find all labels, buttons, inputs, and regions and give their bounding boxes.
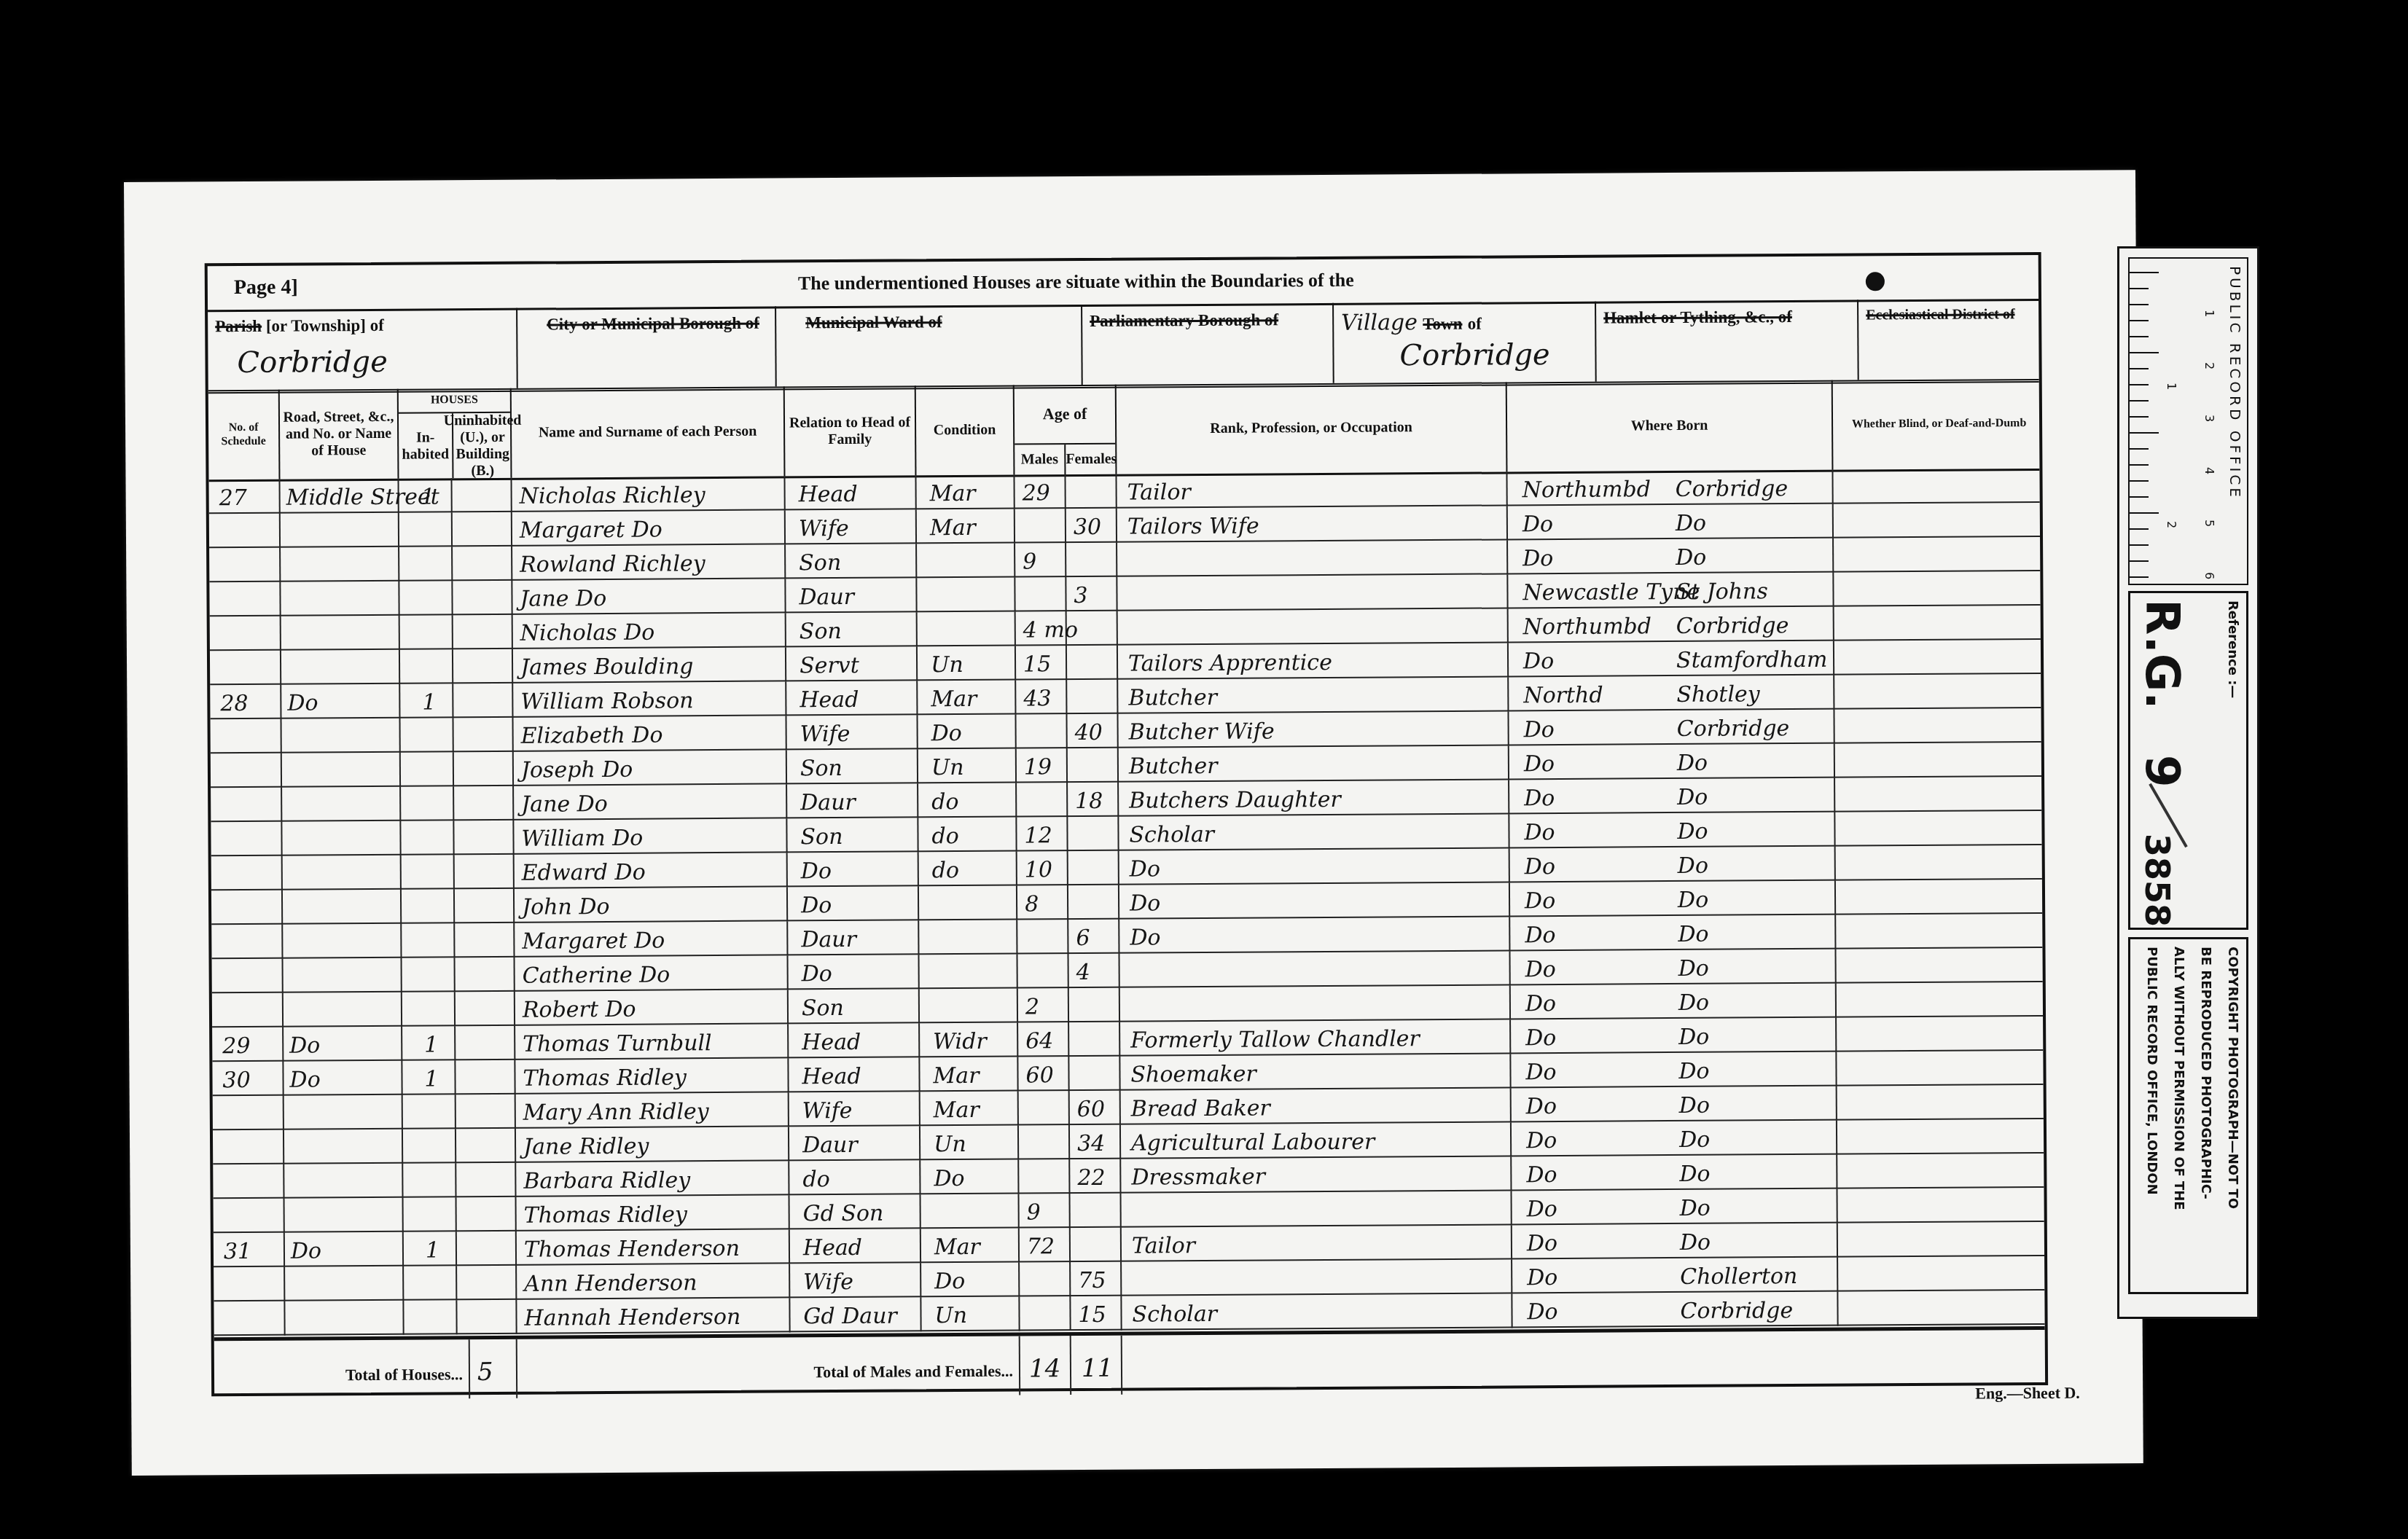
cell-condition: Un [921, 1297, 1020, 1332]
cell-occupation: Shoemaker [1120, 1054, 1511, 1090]
cell-road [282, 821, 401, 856]
name-value: Nicholas Do [520, 620, 655, 646]
ruler-cm-label: 5 [2202, 520, 2216, 527]
cell-condition [919, 955, 1017, 990]
cell-occupation: Tailor [1122, 1225, 1512, 1261]
cell-blind [1834, 708, 2047, 744]
cell-road: Do [285, 1232, 404, 1267]
reference-strip: PUBLIC RECORD OFFICE 12123456 Reference … [2117, 246, 2259, 1319]
cell-un [453, 718, 513, 753]
born-place: Do [1677, 785, 1708, 810]
cell-born: DoDo [1510, 949, 1836, 986]
cell-female: 75 [1071, 1262, 1122, 1296]
cell-born: NorthumbdCorbridge [1507, 470, 1833, 506]
ruler-tick [2130, 464, 2149, 466]
male-value: 64 [1025, 1028, 1053, 1054]
ruler-tick [2130, 368, 2149, 369]
piece-number: 3858 [2138, 834, 2177, 927]
cell-condition: do [918, 783, 1017, 818]
male-value: 9 [1023, 549, 1036, 574]
born-place: Do [1680, 1230, 1711, 1256]
area-parish: Parish [or Township] of Corbridge [208, 308, 518, 391]
cell-schedule [210, 651, 281, 686]
col-females: Females [1066, 445, 1117, 474]
col-where-born: Where Born [1507, 380, 1834, 472]
inhabited-value: 1 [426, 1237, 439, 1263]
cell-blind [1837, 1188, 2049, 1223]
cell-relation: Head [789, 1023, 920, 1058]
cell-inhabited: 1 [402, 1026, 456, 1060]
cell-blind [1838, 1256, 2050, 1292]
name-value: Jane Do [520, 586, 606, 612]
name-value: Margaret Do [520, 517, 662, 543]
ruler-tick [2130, 528, 2149, 530]
condition-value: Do [934, 1269, 965, 1294]
cell-condition: Do [921, 1263, 1020, 1298]
cell-name: Margaret Do [512, 510, 786, 546]
name-value: Rowland Richley [520, 551, 705, 578]
cell-road [284, 992, 402, 1027]
cell-blind [1837, 1085, 2049, 1121]
col-schedule: No. of Schedule [208, 390, 281, 480]
cell-occupation [1117, 574, 1508, 611]
born-place: Do [1679, 1162, 1710, 1187]
relation-value: Daur [800, 790, 856, 815]
cell-condition: Do [920, 1160, 1019, 1195]
cell-un [453, 512, 512, 547]
male-value: 43 [1023, 686, 1051, 711]
cell-road [284, 1129, 403, 1164]
cell-schedule [213, 1096, 284, 1131]
name-value: Catherine Do [523, 962, 671, 988]
cell-relation: Son [786, 612, 918, 647]
cell-schedule: 31 [214, 1233, 285, 1268]
cell-name: Thomas Ridley [515, 1058, 789, 1094]
cell-blind [1836, 948, 2048, 984]
cell-male: 72 [1020, 1228, 1071, 1262]
cell-blind [1837, 982, 2049, 1018]
ink-dot [1866, 272, 1885, 291]
cell-occupation: Butcher Wife [1118, 711, 1509, 748]
name-value: Joseph Do [521, 757, 633, 783]
born-place: Do [1680, 1196, 1711, 1221]
cell-female [1069, 988, 1120, 1022]
cell-female [1068, 885, 1119, 920]
cell-condition [918, 612, 1016, 647]
born-place: Do [1677, 819, 1708, 845]
born-county: Do [1524, 717, 1555, 743]
cell-inhabited [399, 547, 453, 581]
occupation-value: Do [1130, 925, 1160, 950]
cell-occupation: Do [1119, 882, 1510, 919]
cell-road: Do [284, 1027, 402, 1062]
cell-relation: Daur [786, 578, 917, 613]
name-value: Thomas Ridley [523, 1065, 687, 1091]
cell-male [1020, 1296, 1071, 1331]
cell-blind [1834, 640, 2047, 675]
cell-name: Jane Ridley [516, 1127, 789, 1162]
ruler-cm-label: 1 [2202, 310, 2216, 317]
occupation-value: Do [1130, 890, 1160, 916]
cell-name: Mary Ann Ridley [516, 1092, 789, 1128]
ruler-tick [2130, 272, 2159, 273]
cell-name: William Robson [513, 681, 786, 717]
cell-un [457, 1197, 517, 1232]
cell-male: 12 [1017, 817, 1068, 851]
schedule-value: 28 [220, 691, 248, 716]
road-value: Do [289, 1067, 320, 1092]
cell-un [457, 1266, 517, 1301]
cell-schedule [211, 753, 282, 788]
relation-value: Wife [803, 1269, 853, 1295]
born-place: Do [1678, 956, 1709, 982]
cell-road [284, 1095, 403, 1130]
cell-un [454, 786, 514, 821]
cell-inhabited [401, 752, 454, 786]
cell-occupation: Do [1119, 917, 1510, 953]
cell-blind [1836, 845, 2048, 881]
born-county: Do [1522, 546, 1553, 571]
cell-relation: Head [786, 681, 918, 716]
inhabited-value: 1 [422, 689, 436, 715]
relation-value: Do [801, 893, 832, 918]
cell-condition [920, 989, 1018, 1024]
cell-condition: Mar [918, 681, 1016, 716]
col-uninhabited: Uninhabited (U.), or Building (B.) [453, 413, 512, 478]
page-number: Page 4] [234, 276, 298, 300]
cell-inhabited: 1 [400, 684, 453, 718]
cell-female [1067, 646, 1118, 680]
area-municipal-borough: City or Municipal Borough of [517, 307, 777, 388]
cell-schedule [211, 719, 282, 754]
cell-un [453, 649, 513, 684]
male-value: 29 [1023, 480, 1050, 506]
cell-inhabited [404, 1300, 457, 1334]
cell-male: 60 [1018, 1057, 1069, 1091]
cell-un [455, 889, 515, 924]
cell-occupation [1120, 985, 1511, 1022]
cell-schedule [214, 1199, 285, 1234]
cell-female: 34 [1070, 1125, 1121, 1159]
cell-condition: Mar [916, 475, 1015, 510]
cell-male: 9 [1020, 1194, 1071, 1228]
cell-road [282, 787, 401, 822]
cell-blind [1838, 1291, 2050, 1326]
female-value: 6 [1076, 925, 1090, 951]
cell-relation: Do [789, 955, 920, 990]
cell-un [457, 1231, 517, 1266]
cell-condition [919, 920, 1017, 955]
area-hamlet: Hamlet or Tything, &c., of [1596, 299, 1859, 381]
cell-un [456, 958, 515, 992]
female-value: 40 [1075, 720, 1103, 745]
relation-value: Head [802, 1064, 861, 1089]
cell-female [1068, 748, 1119, 783]
born-place: Stamfordham [1676, 647, 1828, 673]
cell-blind [1835, 777, 2047, 812]
name-value: Nicholas Richley [520, 482, 705, 509]
cell-road [283, 924, 402, 959]
relation-value: do [802, 1167, 829, 1192]
cell-male [1019, 1159, 1070, 1194]
relation-value: Son [799, 550, 841, 576]
relation-value: Servt [800, 653, 859, 678]
name-value: Hannah Henderson [524, 1304, 740, 1331]
inhabited-value: 1 [421, 484, 435, 509]
cell-relation: Daur [789, 1126, 920, 1161]
cell-blind [1834, 674, 2047, 710]
cell-relation: Son [786, 544, 917, 579]
cell-schedule [209, 582, 281, 617]
cell-condition [921, 1194, 1020, 1229]
cell-road [282, 753, 401, 788]
ruler-tick [2130, 336, 2149, 337]
cell-relation: do [789, 1160, 920, 1195]
cell-condition [917, 578, 1015, 613]
relation-value: Gd Daur [803, 1304, 897, 1330]
cell-name: Joseph Do [514, 750, 787, 786]
born-place: Do [1678, 990, 1709, 1016]
female-value: 30 [1074, 514, 1101, 540]
occupation-value: Do [1130, 856, 1160, 882]
cell-occupation: Tailors Apprentice [1118, 643, 1509, 679]
relation-value: Wife [802, 1098, 853, 1124]
ruler-cm-label: 4 [2202, 467, 2216, 474]
cell-name: Edward Do [515, 853, 788, 888]
cell-relation: Head [790, 1229, 921, 1264]
cell-blind [1837, 1017, 2049, 1052]
born-place: Shotley [1676, 681, 1760, 708]
occupation-value: Scholar [1129, 822, 1214, 848]
cell-born: DoDo [1512, 1086, 1837, 1123]
road-value: Do [289, 1033, 320, 1058]
total-males-cell: 14 [1020, 1336, 1071, 1395]
condition-value: Un [931, 755, 964, 780]
cell-road [283, 855, 402, 890]
cell-born: DoDo [1510, 847, 1836, 883]
cell-condition: Mar [917, 509, 1015, 544]
condition-value: Un [931, 652, 963, 678]
cell-female [1069, 1057, 1120, 1091]
cell-born: Newcastle TyneSt Johns [1508, 573, 1834, 609]
occupation-value: Butcher Wife [1129, 718, 1275, 745]
area-ecclesiastical-district: Ecclesiastical District of [1858, 299, 2045, 380]
born-county: Do [1525, 888, 1555, 914]
cell-blind [1837, 1051, 2049, 1086]
total-houses-label-cell: Total of Houses... [214, 1339, 470, 1400]
area-parliamentary-borough: Parliamentary Borough of [1082, 303, 1334, 385]
cell-female: 15 [1071, 1296, 1122, 1331]
cell-un [453, 615, 513, 650]
name-value: Robert Do [523, 997, 636, 1023]
copyright-notice: COPYRIGHT PHOTOGRAPH—NOT TO BE REPRODUCE… [2128, 937, 2248, 1294]
born-place: Corbridge [1680, 1298, 1793, 1324]
cell-female: 3 [1066, 577, 1117, 611]
cell-male: 10 [1017, 851, 1068, 885]
cell-schedule [211, 856, 283, 891]
cell-female [1066, 474, 1117, 509]
cell-occupation [1118, 608, 1509, 645]
condition-value: Do [931, 721, 962, 746]
cell-schedule: 30 [212, 1062, 284, 1097]
relation-value: Head [802, 1030, 861, 1055]
ruler-cm-label: 6 [2202, 572, 2216, 579]
born-county: Do [1522, 512, 1553, 537]
cell-blind [1838, 1222, 2050, 1258]
cell-road [281, 616, 400, 651]
cell-condition: do [918, 818, 1017, 853]
ruler-tick [2130, 288, 2149, 289]
cell-condition: Mar [920, 1092, 1019, 1127]
cell-occupation [1122, 1191, 1512, 1227]
condition-value: do [931, 823, 958, 849]
born-county: Do [1524, 751, 1555, 777]
cell-inhabited [402, 992, 456, 1026]
cell-condition: do [919, 852, 1017, 887]
born-county: Do [1525, 957, 1556, 982]
cell-female: 60 [1070, 1091, 1121, 1125]
cell-born: NorthumbdCorbridge [1509, 607, 1834, 643]
cell-name: Catherine Do [515, 955, 789, 991]
road-value: Do [291, 1238, 321, 1264]
cell-road [281, 513, 399, 548]
cell-occupation: Butcher [1118, 677, 1509, 713]
parish-value: Corbridge [237, 345, 387, 380]
road-value: Do [287, 690, 318, 716]
cell-male [1020, 1262, 1071, 1296]
condition-value: Mar [930, 481, 976, 506]
born-place: Corbridge [1676, 613, 1789, 639]
col-males: Males [1015, 445, 1066, 474]
male-value: 8 [1025, 891, 1039, 917]
name-value: Jane Do [521, 791, 608, 818]
cell-relation: Son [789, 989, 920, 1024]
male-value: 15 [1023, 651, 1051, 677]
cell-name: Nicholas Richley [512, 476, 785, 512]
born-place: St Johns [1676, 579, 1767, 605]
born-place: Corbridge [1677, 716, 1790, 742]
reference-label: Reference :— [2225, 600, 2240, 698]
cell-un [453, 581, 512, 616]
occupation-value: Agricultural Labourer [1131, 1129, 1375, 1156]
total-persons-label-cell: Total of Males and Females... [517, 1336, 1020, 1398]
col-name: Name and Surname of each Person [512, 386, 786, 477]
ruler-tick [2130, 416, 2149, 418]
cell-un [456, 1094, 516, 1129]
male-value: 72 [1027, 1234, 1055, 1259]
cell-female [1071, 1194, 1122, 1228]
ruler-tick [2130, 352, 2159, 353]
condition-value: Mar [934, 1097, 980, 1123]
cell-female: 30 [1066, 509, 1117, 543]
born-place: Do [1677, 751, 1708, 776]
cell-male [1017, 920, 1068, 954]
relation-value: Wife [799, 516, 849, 541]
born-county: Do [1525, 1060, 1556, 1085]
born-county: Do [1525, 1025, 1556, 1051]
condition-value: Mar [930, 515, 976, 541]
born-county: Do [1524, 786, 1555, 811]
cell-name: Jane Do [512, 579, 786, 614]
condition-value: Mar [933, 1063, 979, 1089]
occupation-value: Tailor [1132, 1233, 1195, 1259]
cell-schedule [214, 1301, 285, 1336]
cell-un [457, 1300, 517, 1335]
born-county: Do [1526, 1162, 1557, 1188]
cell-schedule [212, 993, 284, 1028]
cell-road [281, 650, 400, 685]
occupation-value: Butcher [1128, 685, 1217, 711]
relation-value: Wife [800, 721, 851, 747]
born-place: Do [1679, 1127, 1710, 1153]
cell-born: DoCorbridge [1512, 1292, 1838, 1328]
cell-name: Thomas Ridley [517, 1195, 790, 1231]
born-place: Do [1678, 922, 1708, 947]
cell-inhabited: 1 [404, 1231, 457, 1266]
scale-ruler: PUBLIC RECORD OFFICE 12123456 [2128, 257, 2248, 585]
cell-blind [1834, 571, 2046, 607]
born-county: Do [1526, 1128, 1557, 1154]
cell-condition: Un [918, 749, 1017, 784]
cell-female [1067, 611, 1118, 646]
name-value: Thomas Henderson [524, 1236, 740, 1263]
cell-male [1017, 954, 1068, 988]
cell-name: John Do [515, 887, 788, 923]
cell-road [285, 1198, 404, 1233]
name-value: Thomas Turnbull [523, 1030, 712, 1057]
cell-un [454, 821, 514, 855]
cell-un [456, 1129, 516, 1164]
male-value: 10 [1025, 857, 1052, 882]
cell-occupation: Butcher [1119, 745, 1509, 782]
cell-relation: Wife [786, 509, 917, 544]
born-county: Do [1527, 1197, 1557, 1222]
cell-male: 64 [1018, 1022, 1069, 1057]
cell-schedule [213, 1130, 284, 1165]
cell-inhabited [402, 855, 455, 889]
cell-female [1066, 543, 1117, 577]
cell-road [285, 1266, 404, 1301]
cell-relation: Do [788, 886, 919, 921]
cell-female: 22 [1070, 1159, 1121, 1194]
ruler-tick [2130, 480, 2149, 482]
cell-un [453, 547, 512, 581]
name-value: Ann Henderson [524, 1270, 697, 1296]
ruler-tick [2130, 560, 2149, 562]
table-header: No. of Schedule Road, Street, &c., and N… [208, 379, 2040, 482]
cell-inhabited [401, 718, 454, 752]
cell-born: DoDo [1509, 778, 1835, 815]
cell-road [284, 1164, 403, 1199]
cell-occupation: Tailors Wife [1117, 506, 1508, 542]
cell-relation: Wife [786, 715, 918, 750]
cell-blind [1836, 914, 2048, 949]
cell-blind [1837, 1119, 2049, 1155]
cell-inhabited [401, 821, 454, 855]
cell-inhabited [399, 512, 453, 547]
cell-schedule [211, 788, 282, 823]
cell-female [1069, 1022, 1120, 1057]
cell-born: DoDo [1512, 1121, 1837, 1157]
cell-blind [1837, 1154, 2049, 1189]
cell-road [282, 718, 401, 753]
col-road: Road, Street, &c., and No. or Name of Ho… [280, 389, 399, 479]
cell-un [455, 923, 515, 958]
male-value: 12 [1024, 823, 1052, 848]
condition-value: Do [934, 1166, 964, 1191]
born-place: Do [1678, 1025, 1709, 1050]
born-county: Do [1525, 923, 1555, 948]
